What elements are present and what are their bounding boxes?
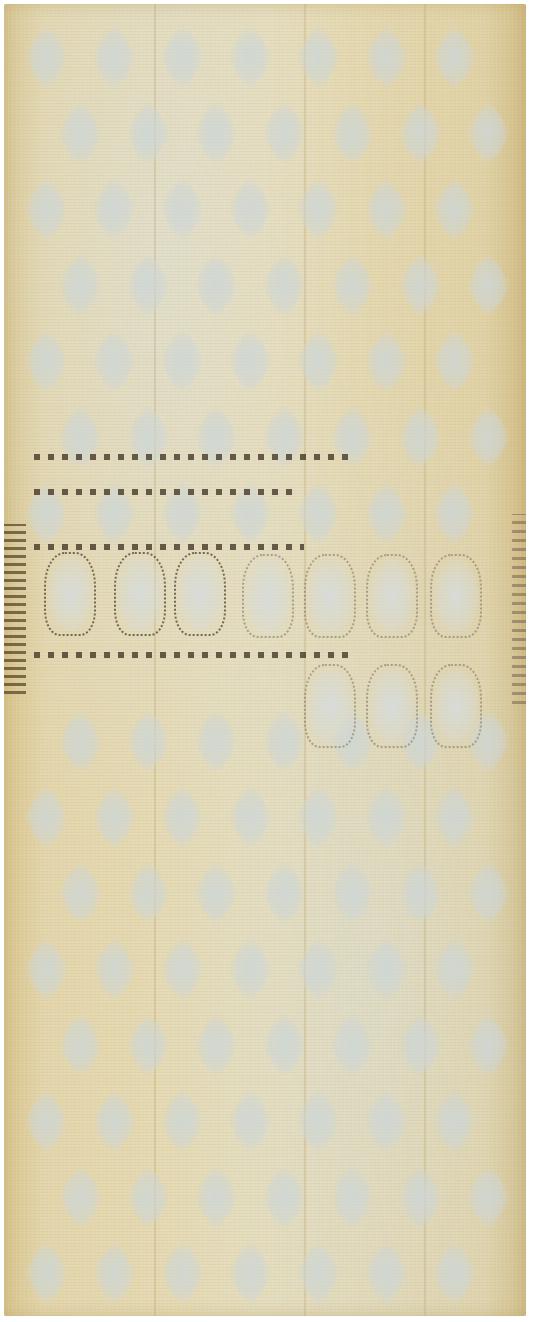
pale-motif — [296, 1088, 340, 1154]
motif-pattern — [4, 4, 526, 1316]
pale-motif — [24, 1240, 68, 1306]
pale-motif — [228, 936, 272, 1002]
pale-motif — [432, 328, 476, 394]
pale-motif — [194, 252, 238, 318]
pale-motif — [262, 100, 306, 166]
light-outlined-motif — [430, 664, 482, 748]
pale-motif — [228, 24, 272, 90]
light-outlined-motif — [304, 664, 356, 748]
pale-motif — [466, 404, 510, 470]
pale-motif — [194, 860, 238, 926]
pale-motif — [58, 404, 102, 470]
pale-motif — [262, 252, 306, 318]
pale-motif — [466, 860, 510, 926]
pale-motif — [398, 1012, 442, 1078]
pale-motif — [364, 176, 408, 242]
pale-motif — [296, 176, 340, 242]
pale-motif — [92, 328, 136, 394]
pale-motif — [126, 100, 170, 166]
pale-motif — [24, 784, 68, 850]
pale-motif — [160, 1240, 204, 1306]
pale-motif — [160, 1088, 204, 1154]
pale-motif — [432, 24, 476, 90]
pale-motif — [24, 24, 68, 90]
pale-motif — [330, 1164, 374, 1230]
dark-dotted-band — [34, 454, 354, 460]
pale-motif — [160, 328, 204, 394]
pale-motif — [330, 1012, 374, 1078]
pale-motif — [194, 1012, 238, 1078]
pale-motif — [126, 404, 170, 470]
pale-motif — [126, 1012, 170, 1078]
pale-motif — [126, 1164, 170, 1230]
dark-dotted-band — [34, 489, 294, 495]
pale-motif — [296, 784, 340, 850]
pale-motif — [58, 100, 102, 166]
dark-outlined-motif — [114, 552, 166, 636]
light-outlined-motif — [366, 554, 418, 638]
pale-motif — [58, 252, 102, 318]
pale-motif — [398, 100, 442, 166]
pale-motif — [160, 176, 204, 242]
pale-motif — [92, 1088, 136, 1154]
pale-motif — [228, 176, 272, 242]
pale-motif — [262, 1164, 306, 1230]
pale-motif — [466, 1164, 510, 1230]
pale-motif — [432, 1088, 476, 1154]
dark-dotted-band — [34, 652, 354, 658]
rug — [4, 4, 526, 1316]
pale-motif — [466, 1012, 510, 1078]
pale-motif — [262, 404, 306, 470]
pale-motif — [330, 252, 374, 318]
pale-motif — [24, 328, 68, 394]
dark-outlined-motif — [44, 552, 96, 636]
pale-motif — [92, 176, 136, 242]
pale-motif — [432, 936, 476, 1002]
pale-motif — [364, 480, 408, 546]
pale-motif — [432, 1240, 476, 1306]
pale-motif — [296, 936, 340, 1002]
pale-motif — [194, 708, 238, 774]
pale-motif — [466, 252, 510, 318]
pale-motif — [92, 784, 136, 850]
pale-motif — [126, 708, 170, 774]
pale-motif — [194, 404, 238, 470]
pale-motif — [262, 1012, 306, 1078]
pale-motif — [398, 252, 442, 318]
pale-motif — [58, 1164, 102, 1230]
pale-motif — [432, 480, 476, 546]
pale-motif — [466, 100, 510, 166]
pale-motif — [228, 328, 272, 394]
pale-motif — [262, 708, 306, 774]
light-outlined-motif — [366, 664, 418, 748]
pale-motif — [296, 1240, 340, 1306]
pale-motif — [194, 100, 238, 166]
pale-motif — [364, 936, 408, 1002]
pale-motif — [398, 860, 442, 926]
pale-motif — [432, 784, 476, 850]
pale-motif — [92, 24, 136, 90]
pale-motif — [398, 1164, 442, 1230]
pale-motif — [24, 1088, 68, 1154]
pale-motif — [160, 784, 204, 850]
dark-dotted-band — [34, 544, 304, 550]
pale-motif — [296, 328, 340, 394]
pale-motif — [398, 404, 442, 470]
light-outlined-motif — [430, 554, 482, 638]
pale-motif — [58, 708, 102, 774]
pale-motif — [228, 1240, 272, 1306]
pale-motif — [262, 860, 306, 926]
pale-motif — [126, 252, 170, 318]
pale-motif — [58, 1012, 102, 1078]
pale-motif — [58, 860, 102, 926]
pale-motif — [432, 176, 476, 242]
pale-motif — [160, 24, 204, 90]
pale-motif — [296, 480, 340, 546]
pale-motif — [92, 1240, 136, 1306]
light-outlined-motif — [242, 554, 294, 638]
pale-motif — [364, 1240, 408, 1306]
pale-motif — [364, 328, 408, 394]
pale-motif — [228, 1088, 272, 1154]
light-outlined-motif — [304, 554, 356, 638]
dark-outlined-motif — [174, 552, 226, 636]
pale-motif — [330, 860, 374, 926]
pale-motif — [364, 1088, 408, 1154]
right-edge-wear — [512, 514, 526, 704]
pale-motif — [126, 860, 170, 926]
pale-motif — [364, 24, 408, 90]
pale-motif — [228, 784, 272, 850]
left-edge-wear — [4, 524, 26, 694]
pale-motif — [194, 1164, 238, 1230]
pale-motif — [24, 176, 68, 242]
pale-motif — [92, 936, 136, 1002]
pale-motif — [24, 936, 68, 1002]
pale-motif — [160, 936, 204, 1002]
pale-motif — [296, 24, 340, 90]
pale-motif — [330, 404, 374, 470]
pale-motif — [364, 784, 408, 850]
pale-motif — [330, 100, 374, 166]
